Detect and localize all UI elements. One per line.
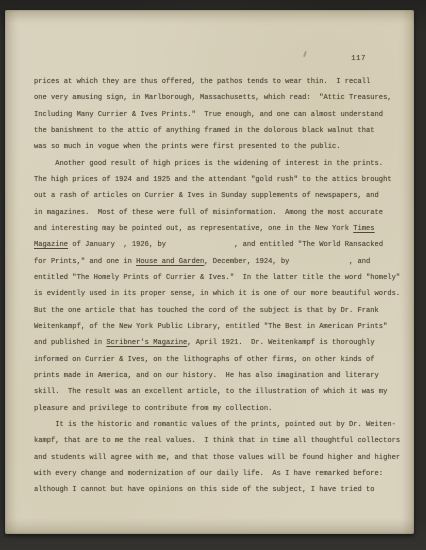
typed-text: informed on Currier & Ives, on the litho… <box>34 356 375 364</box>
typed-text: is evidently used in its proper sense, i… <box>34 290 400 298</box>
underlined-title: Magazine <box>34 241 68 249</box>
faint-pencil-mark <box>303 51 306 57</box>
typed-line: was so much in vogue when the prints wer… <box>34 139 400 155</box>
underlined-title: House and Garden <box>136 258 204 266</box>
typed-line: and interesting may be pointed out, as r… <box>34 221 400 237</box>
typed-text: prices at which they are thus offered, t… <box>34 78 370 86</box>
typed-text: It is the historic and romantic values o… <box>34 421 396 429</box>
typed-text: pleasure and privilege to contribute fro… <box>34 405 272 413</box>
typed-line: Another good result of high prices is th… <box>34 156 400 172</box>
typed-text: Another good result of high prices is th… <box>34 160 383 168</box>
typed-line: and students will agree with me, and tha… <box>34 450 400 466</box>
typed-text: Weitenkampf, of the New York Public Libr… <box>34 323 387 331</box>
typed-text: and students will agree with me, and tha… <box>34 454 400 462</box>
typed-line: the banishment to the attic of anything … <box>34 123 400 139</box>
typed-text: , April 1921. Dr. Weitenkampf is thoroug… <box>187 339 374 347</box>
underlined-title: Times <box>353 225 374 233</box>
typed-text: and published in <box>34 339 106 347</box>
typed-line: and published in Scribner's Magazine, Ap… <box>34 335 400 351</box>
typed-text: skill. The result was an excellent artic… <box>34 388 387 396</box>
typed-text: , December, 1924, by , and <box>204 258 370 266</box>
typed-text: for Prints," and one in <box>34 258 136 266</box>
underlined-title: Scribner's Magazine <box>106 339 187 347</box>
typed-line: It is the historic and romantic values o… <box>34 417 400 433</box>
typed-line: informed on Currier & Ives, on the litho… <box>34 352 400 368</box>
typed-line: kampf, that are to me the real values. I… <box>34 433 400 449</box>
typed-text: in magazines. Most of these were full of… <box>34 209 383 217</box>
typed-line: Weitenkampf, of the New York Public Libr… <box>34 319 400 335</box>
typed-text: and interesting may be pointed out, as r… <box>34 225 353 233</box>
typed-line: pleasure and privilege to contribute fro… <box>34 401 400 417</box>
typed-line: prices at which they are thus offered, t… <box>34 74 400 90</box>
typed-lines: prices at which they are thus offered, t… <box>34 74 400 499</box>
typed-line: out a rash of articles on Currier & Ives… <box>34 188 400 204</box>
typed-line: for Prints," and one in House and Garden… <box>34 254 400 270</box>
typed-line: Magazine of January , 1926, by , and ent… <box>34 237 400 253</box>
typed-text: out a rash of articles on Currier & Ives… <box>34 192 379 200</box>
typed-text: prints made in America, and on our histo… <box>34 372 379 380</box>
typed-text: kampf, that are to me the real values. I… <box>34 437 400 445</box>
typed-line: in magazines. Most of these were full of… <box>34 205 400 221</box>
typed-line: prints made in America, and on our histo… <box>34 368 400 384</box>
photo-background: 117 prices at which they are thus offere… <box>0 0 426 550</box>
manuscript-page: 117 prices at which they are thus offere… <box>5 10 414 534</box>
typed-line: The high prices of 1924 and 1925 and the… <box>34 172 400 188</box>
typed-text: The high prices of 1924 and 1925 and the… <box>34 176 392 184</box>
typed-text: with every change and modernization of o… <box>34 470 383 478</box>
typed-text: one very amusing sign, in Marlborough, M… <box>34 94 392 102</box>
typed-line: skill. The result was an excellent artic… <box>34 384 400 400</box>
typed-line: entitled "The Homely Prints of Currier &… <box>34 270 400 286</box>
typed-text: entitled "The Homely Prints of Currier &… <box>34 274 400 282</box>
typed-line: although I cannot but have opinions on t… <box>34 482 400 498</box>
typed-line: is evidently used in its proper sense, i… <box>34 286 400 302</box>
typed-text: although I cannot but have opinions on t… <box>34 486 375 494</box>
typed-text: of January , 1926, by , and entitled "Th… <box>68 241 383 249</box>
typed-line: with every change and modernization of o… <box>34 466 400 482</box>
typed-text: was so much in vogue when the prints wer… <box>34 143 341 151</box>
typed-text: But the one article that has touched the… <box>34 307 379 315</box>
typed-line: one very amusing sign, in Marlborough, M… <box>34 90 400 106</box>
typed-line: Including Many Currier & Ives Prints." T… <box>34 107 400 123</box>
typed-line: But the one article that has touched the… <box>34 303 400 319</box>
typed-text: the banishment to the attic of anything … <box>34 127 375 135</box>
typed-text: Including Many Currier & Ives Prints." T… <box>34 111 383 119</box>
page-number: 117 <box>351 54 366 64</box>
